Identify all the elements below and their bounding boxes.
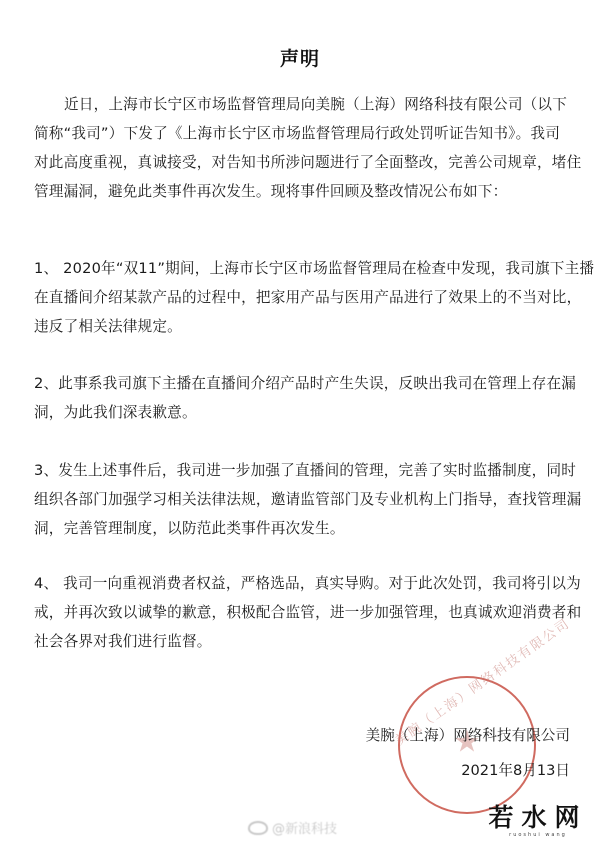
- item-1-paragraph: 1、 2020年“双11”期间，上海市长宁区市场监督管理局在检查中发现，我司旗下…: [34, 254, 574, 341]
- weibo-watermark: @新浪科技: [248, 818, 337, 837]
- intro-paragraph: 近日，上海市长宁区市场监督管理局向美腕（上海）网络科技有限公司（以下 简称“我司…: [34, 90, 574, 206]
- intro-line: 管理漏洞，避免此类事件再次发生。现将事件回顾及整改情况公布如下：: [34, 177, 574, 206]
- item-line: 3、发生上述事件后，我司进一步加强了直播间的管理，完善了实时监播制度，同时: [34, 456, 574, 485]
- item-3-paragraph: 3、发生上述事件后，我司进一步加强了直播间的管理，完善了实时监播制度，同时 组织…: [34, 456, 574, 543]
- signature-company: 美腕（上海）网络科技有限公司: [366, 724, 570, 745]
- signature-date: 2021年8月13日: [461, 759, 570, 780]
- item-line: 在直播间介绍某款产品的过程中，把家用产品与医用产品进行了效果上的不当对比，: [34, 283, 574, 312]
- item-2-paragraph: 2、此事系我司旗下主播在直播间介绍产品时产生失误，反映出我司在管理上存在漏 洞，…: [34, 369, 574, 427]
- item-line: 组织各部门加强学习相关法律法规，邀请监管部门及专业机构上门指导，查找管理漏: [34, 485, 574, 514]
- document-title: 声明: [0, 44, 600, 71]
- item-line: 洞，完善管理制度，以防范此类事件再次发生。: [34, 514, 574, 543]
- item-line: 洞，为此我们深表歉意。: [34, 398, 574, 427]
- item-line: 社会各界对我们进行监督。: [34, 627, 574, 656]
- intro-line: 简称“我司”）下发了《上海市长宁区市场监督管理局行政处罚听证告知书》。我司: [34, 119, 574, 148]
- item-line: 违反了相关法律规定。: [34, 312, 574, 341]
- intro-line: 对此高度重视，真诚接受，对告知书所涉问题进行了全面整改，完善公司规章，堵住: [34, 148, 574, 177]
- brand-watermark-text: 若水网: [482, 804, 594, 832]
- item-line: 戒，并再次致以诚挚的歉意，积极配合监管，进一步加强管理，也真诚欢迎消费者和: [34, 598, 574, 627]
- weibo-watermark-text: @新浪科技: [272, 818, 337, 837]
- brand-watermark: 若水网 ruoshui wang: [482, 804, 594, 839]
- weibo-icon: [248, 821, 268, 835]
- item-4-paragraph: 4、 我司一向重视消费者权益，严格选品，真实导购。对于此次处罚，我司将引以为 戒…: [34, 569, 574, 656]
- item-line: 2、此事系我司旗下主播在直播间介绍产品时产生失误，反映出我司在管理上存在漏: [34, 369, 574, 398]
- brand-watermark-subtext: ruoshui wang: [482, 832, 594, 839]
- item-line: 4、 我司一向重视消费者权益，严格选品，真实导购。对于此次处罚，我司将引以为: [34, 569, 574, 598]
- company-seal-stamp: 美腕（上海）网络科技有限公司 ★: [398, 676, 536, 814]
- item-line: 1、 2020年“双11”期间，上海市长宁区市场监督管理局在检查中发现，我司旗下…: [34, 254, 574, 283]
- intro-line: 近日，上海市长宁区市场监督管理局向美腕（上海）网络科技有限公司（以下: [34, 90, 574, 119]
